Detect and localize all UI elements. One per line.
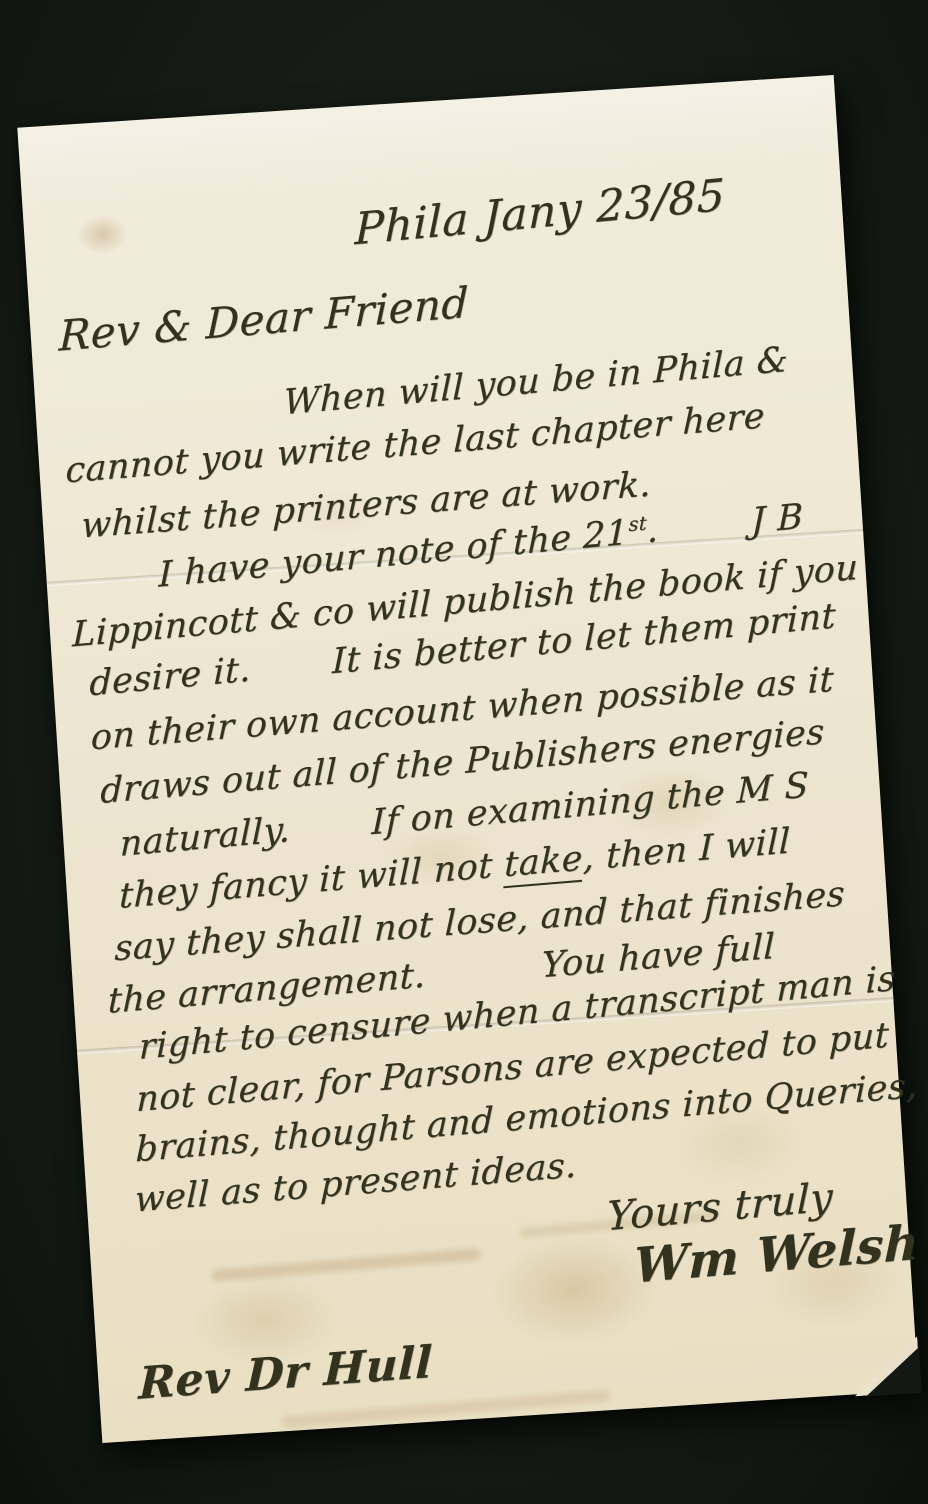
foxing-stain xyxy=(75,213,129,256)
ordinal-superscript: st xyxy=(628,511,647,536)
salutation: Rev & Dear Friend xyxy=(58,278,469,361)
addressee: Rev Dr Hull xyxy=(138,1337,433,1410)
dateline: Phila Jany 23/85 xyxy=(354,170,725,256)
underlined-word: take xyxy=(504,839,584,889)
note-post: . J B xyxy=(647,497,804,551)
take-post: , then I will xyxy=(582,822,790,879)
ink-showthrough xyxy=(211,1248,481,1282)
letter-paper: Phila Jany 23/85 Rev & Dear Friend When … xyxy=(17,75,918,1443)
photo-stage: Phila Jany 23/85 Rev & Dear Friend When … xyxy=(0,0,928,1504)
